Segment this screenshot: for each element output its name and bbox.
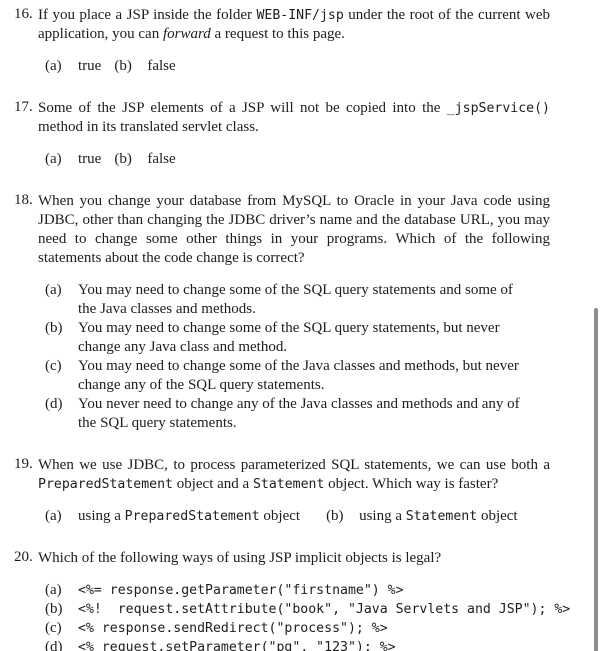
question-row: 16.If you place a JSP inside the folder … — [14, 6, 605, 44]
option-item: (a)using a PreparedStatement object — [45, 507, 300, 526]
question-text: Which of the following ways of using JSP… — [38, 549, 550, 568]
question-item: 16.If you place a JSP inside the folder … — [14, 6, 605, 76]
option-item: (c)You may need to change some of the Ja… — [45, 357, 605, 395]
body-text: using a — [359, 508, 406, 524]
body-text: object — [260, 508, 300, 524]
body-text: true — [78, 58, 101, 74]
question-row: 20.Which of the following ways of using … — [14, 549, 605, 568]
option-label: (b) — [45, 319, 78, 357]
question-number: 20. — [14, 549, 38, 568]
option-label: (d) — [45, 395, 78, 433]
question-row: 17.Some of the JSP elements of a JSP wil… — [14, 99, 605, 137]
option-item: (b)using a Statement object — [326, 507, 518, 526]
option-label: (a) — [45, 281, 78, 319]
question-item: 18.When you change your database from My… — [14, 192, 605, 433]
option-label: (b) — [326, 507, 359, 526]
option-item: (b)false — [114, 150, 175, 169]
option-label: (a) — [45, 57, 78, 76]
body-text: true — [78, 151, 101, 167]
body-text: You may need to change some of the Java … — [78, 358, 519, 393]
body-text: false — [147, 58, 175, 74]
option-text: true — [78, 150, 101, 169]
body-text: Which of the following ways of using JSP… — [38, 550, 441, 566]
italic-text: forward — [163, 26, 211, 42]
body-text: a request to this page. — [211, 26, 345, 42]
options-list: (a)using a PreparedStatement object(b)us… — [45, 507, 605, 526]
options-list: (a)You may need to change some of the SQ… — [45, 281, 605, 433]
document-page: 16.If you place a JSP inside the folder … — [0, 0, 605, 651]
option-label: (a) — [45, 507, 78, 526]
option-text: false — [147, 150, 175, 169]
code-text: PreparedStatement — [38, 477, 173, 492]
option-label: (c) — [45, 619, 78, 638]
option-item: (b)<%! request.setAttribute("book", "Jav… — [45, 600, 605, 619]
option-text: You never need to change any of the Java… — [78, 395, 530, 433]
body-text: object and a — [173, 476, 253, 492]
option-item: (d)You never need to change any of the J… — [45, 395, 605, 433]
body-text: When we use JDBC, to process parameteriz… — [38, 457, 550, 473]
question-row: 18.When you change your database from My… — [14, 192, 605, 268]
code-text: <% request.setParameter("pg", "123"); %> — [78, 640, 396, 651]
option-label: (b) — [45, 600, 78, 619]
option-text: using a PreparedStatement object — [78, 507, 300, 526]
body-text: object. Which way is faster? — [324, 476, 498, 492]
body-text: You never need to change any of the Java… — [78, 396, 520, 431]
option-item: (b)false — [114, 57, 175, 76]
option-label: (d) — [45, 638, 78, 651]
code-text: <%= response.getParameter("firstname") %… — [78, 583, 404, 598]
body-text: object — [477, 508, 517, 524]
option-label: (a) — [45, 581, 78, 600]
body-text: When you change your database from MySQL… — [38, 193, 550, 266]
question-text: When we use JDBC, to process parameteriz… — [38, 456, 550, 494]
options-list: (a)true(b)false — [45, 57, 605, 76]
option-text: <% response.sendRedirect("process"); %> — [78, 619, 388, 638]
option-item: (a)true — [45, 150, 101, 169]
options-list: (a)true(b)false — [45, 150, 605, 169]
code-text: Statement — [406, 509, 477, 524]
option-label: (b) — [114, 57, 147, 76]
options-list: (a)<%= response.getParameter("firstname"… — [45, 581, 605, 651]
body-text: You may need to change some of the SQL q… — [78, 282, 513, 317]
option-text: true — [78, 57, 101, 76]
code-text: <% response.sendRedirect("process"); %> — [78, 621, 388, 636]
option-text: <%! request.setAttribute("book", "Java S… — [78, 600, 570, 619]
option-item: (a)true — [45, 57, 101, 76]
code-text: Statement — [253, 477, 324, 492]
code-text: PreparedStatement — [125, 509, 260, 524]
option-item: (a)You may need to change some of the SQ… — [45, 281, 605, 319]
body-text: method in its translated servlet class. — [38, 119, 259, 135]
question-number: 18. — [14, 192, 38, 268]
body-text: false — [147, 151, 175, 167]
question-text: If you place a JSP inside the folder WEB… — [38, 6, 550, 44]
body-text: Some of the JSP elements of a JSP will n… — [38, 100, 447, 116]
option-label: (a) — [45, 150, 78, 169]
option-label: (c) — [45, 357, 78, 395]
question-number: 16. — [14, 6, 38, 44]
body-text: If you place a JSP inside the folder — [38, 7, 256, 23]
question-row: 19.When we use JDBC, to process paramete… — [14, 456, 605, 494]
option-label: (b) — [114, 150, 147, 169]
body-text: using a — [78, 508, 125, 524]
question-number: 19. — [14, 456, 38, 494]
scrollbar-thumb[interactable] — [594, 308, 598, 651]
code-text: WEB-INF/jsp — [256, 8, 343, 23]
option-text: You may need to change some of the Java … — [78, 357, 530, 395]
option-item: (b)You may need to change some of the SQ… — [45, 319, 605, 357]
question-item: 20.Which of the following ways of using … — [14, 549, 605, 651]
body-text: You may need to change some of the SQL q… — [78, 320, 500, 355]
question-text: When you change your database from MySQL… — [38, 192, 550, 268]
option-item: (a)<%= response.getParameter("firstname"… — [45, 581, 605, 600]
option-item: (c)<% response.sendRedirect("process"); … — [45, 619, 605, 638]
question-text: Some of the JSP elements of a JSP will n… — [38, 99, 550, 137]
option-text: using a Statement object — [359, 507, 518, 526]
option-text: <% request.setParameter("pg", "123"); %> — [78, 638, 396, 651]
option-text: false — [147, 57, 175, 76]
option-item: (d)<% request.setParameter("pg", "123");… — [45, 638, 605, 651]
questions-list: 16.If you place a JSP inside the folder … — [0, 0, 605, 651]
option-text: You may need to change some of the SQL q… — [78, 319, 530, 357]
option-text: <%= response.getParameter("firstname") %… — [78, 581, 404, 600]
question-number: 17. — [14, 99, 38, 137]
code-text: <%! request.setAttribute("book", "Java S… — [78, 602, 570, 617]
question-item: 19.When we use JDBC, to process paramete… — [14, 456, 605, 526]
option-text: You may need to change some of the SQL q… — [78, 281, 530, 319]
code-text: _jspService() — [447, 101, 550, 116]
question-item: 17.Some of the JSP elements of a JSP wil… — [14, 99, 605, 169]
